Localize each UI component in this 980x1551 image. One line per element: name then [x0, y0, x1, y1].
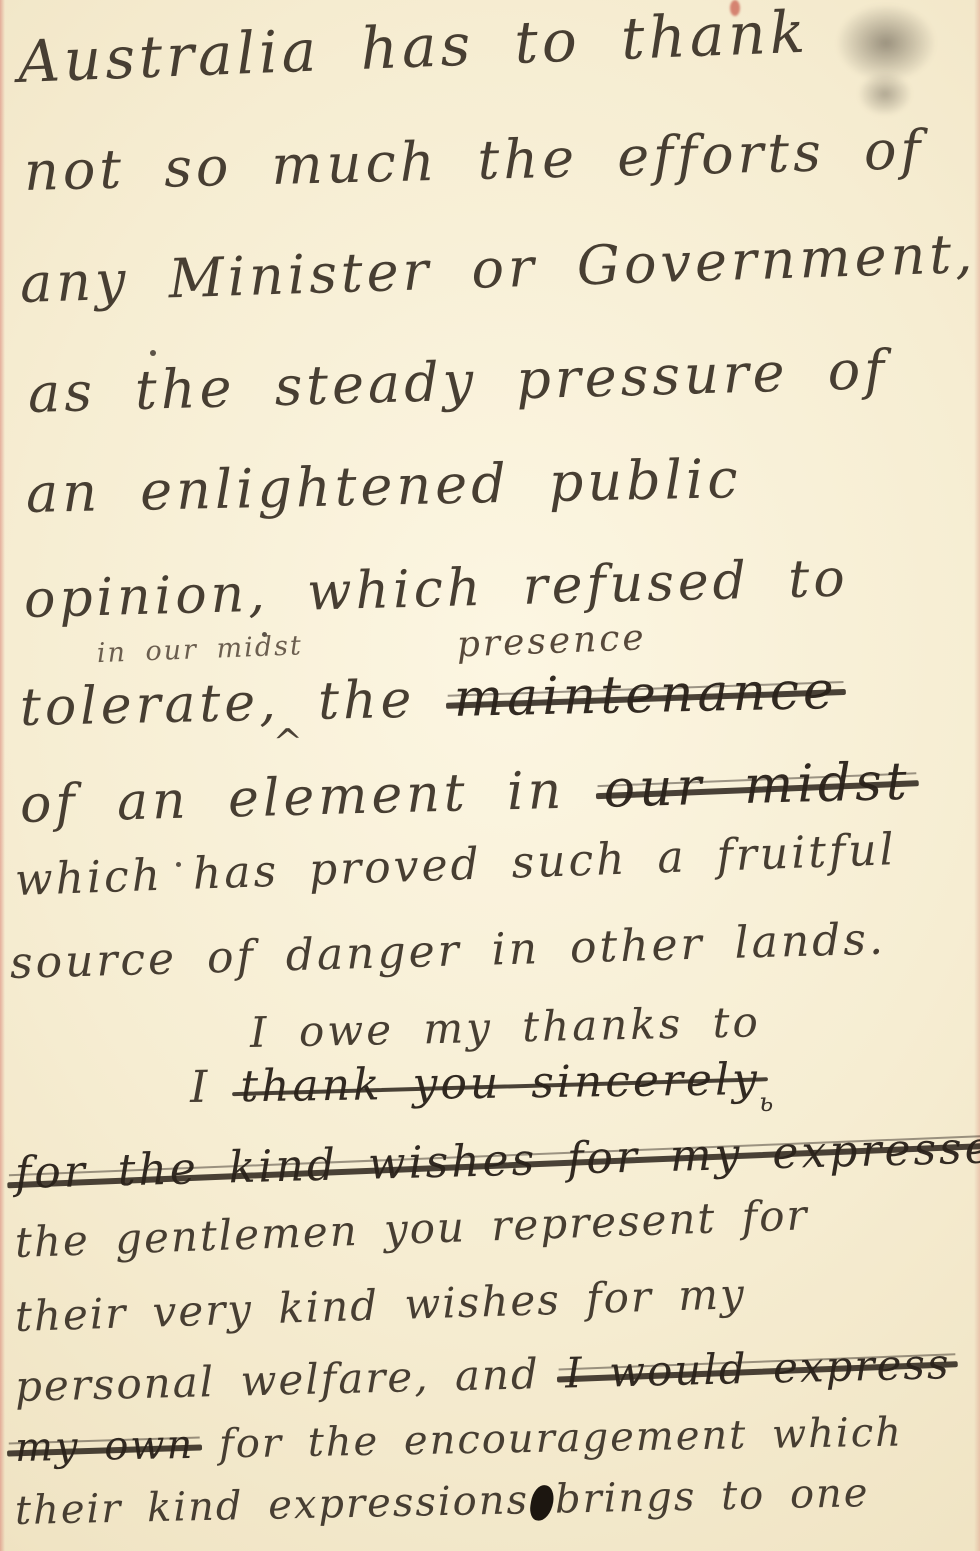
manuscript-line: source of danger in other lands.: [9, 914, 886, 989]
caret-mark: ^: [272, 722, 307, 764]
struck-text: maintenance: [453, 661, 838, 729]
manuscript-line: opinion, which refused to: [23, 548, 849, 630]
line-text: of an element in: [19, 761, 566, 835]
ink-smudge: [858, 72, 912, 116]
line-text: their kind expressions: [15, 1477, 530, 1534]
manuscript-line: any Minister or Government,: [19, 222, 977, 315]
manuscript-line: for the kind wishes for my expressed: [14, 1122, 980, 1199]
line-text: brings to one: [555, 1470, 870, 1523]
manuscript-line: tolerate, the maintenance in our midst ^…: [19, 661, 838, 738]
correction-above: presence: [456, 617, 647, 665]
line-text: their very kind wishes for my: [14, 1269, 746, 1341]
manuscript-line: which has proved such a fruitful: [14, 824, 897, 906]
line-text: tolerate,: [19, 673, 280, 738]
manuscript-line: not so much the efforts of: [23, 118, 925, 203]
manuscript-line: my own for the encouragement which: [15, 1410, 904, 1471]
manuscript-line: the gentlemen you represent for: [14, 1190, 809, 1267]
line-text: source of danger in other lands.: [9, 914, 886, 989]
line-text: I owe my thanks to: [249, 997, 761, 1057]
line-text: the gentlemen you represent for: [14, 1190, 809, 1267]
line-text: opinion, which refused to: [23, 548, 849, 630]
struck-text: for the kind wishes for my expressed: [14, 1122, 980, 1199]
manuscript-line: I thank you sincerely ь: [190, 1054, 761, 1113]
struck-text: my own: [15, 1422, 195, 1471]
line-text: personal welfare, and: [14, 1349, 540, 1411]
line-text: as the steady pressure of: [27, 338, 889, 425]
page-edge-left: [0, 0, 5, 1551]
manuscript-line: their very kind wishes for my: [14, 1269, 746, 1341]
line-text: I: [190, 1062, 211, 1113]
manuscript-line: their kind expressionsbrings to one: [15, 1470, 870, 1534]
line-text: an enlightened public: [25, 447, 742, 525]
struck-text: our midst: [603, 752, 911, 820]
line-text: for the encouragement which: [219, 1410, 904, 1468]
manuscript-line: personal welfare, and I would express: [14, 1339, 951, 1411]
ink-smudge: [836, 4, 936, 82]
manuscript-line: of an element in our midst: [19, 752, 911, 835]
line-text: any Minister or Government,: [19, 222, 977, 315]
manuscript-line: Australia has to thank: [17, 0, 810, 96]
manuscript-line: as the steady pressure of: [27, 338, 889, 425]
interlinear-insertion: in our midst: [96, 630, 303, 669]
manuscript-line: I owe my thanks to: [249, 997, 761, 1057]
manuscript-line: an enlightened public: [25, 447, 742, 525]
ink-blot: [528, 1483, 555, 1522]
line-text: which has proved such a fruitful: [14, 824, 897, 906]
ink-speck: [150, 350, 156, 356]
struck-text: I would express: [565, 1339, 951, 1397]
manuscript-page: Australia has to thank not so much the e…: [0, 0, 980, 1551]
line-text: the: [318, 670, 416, 732]
line-text: not so much the efforts of: [23, 118, 925, 203]
line-text: Australia has to thank: [17, 0, 810, 96]
struck-text: thank you sincerely: [240, 1054, 760, 1112]
flourish-mark: ь: [759, 1088, 777, 1118]
